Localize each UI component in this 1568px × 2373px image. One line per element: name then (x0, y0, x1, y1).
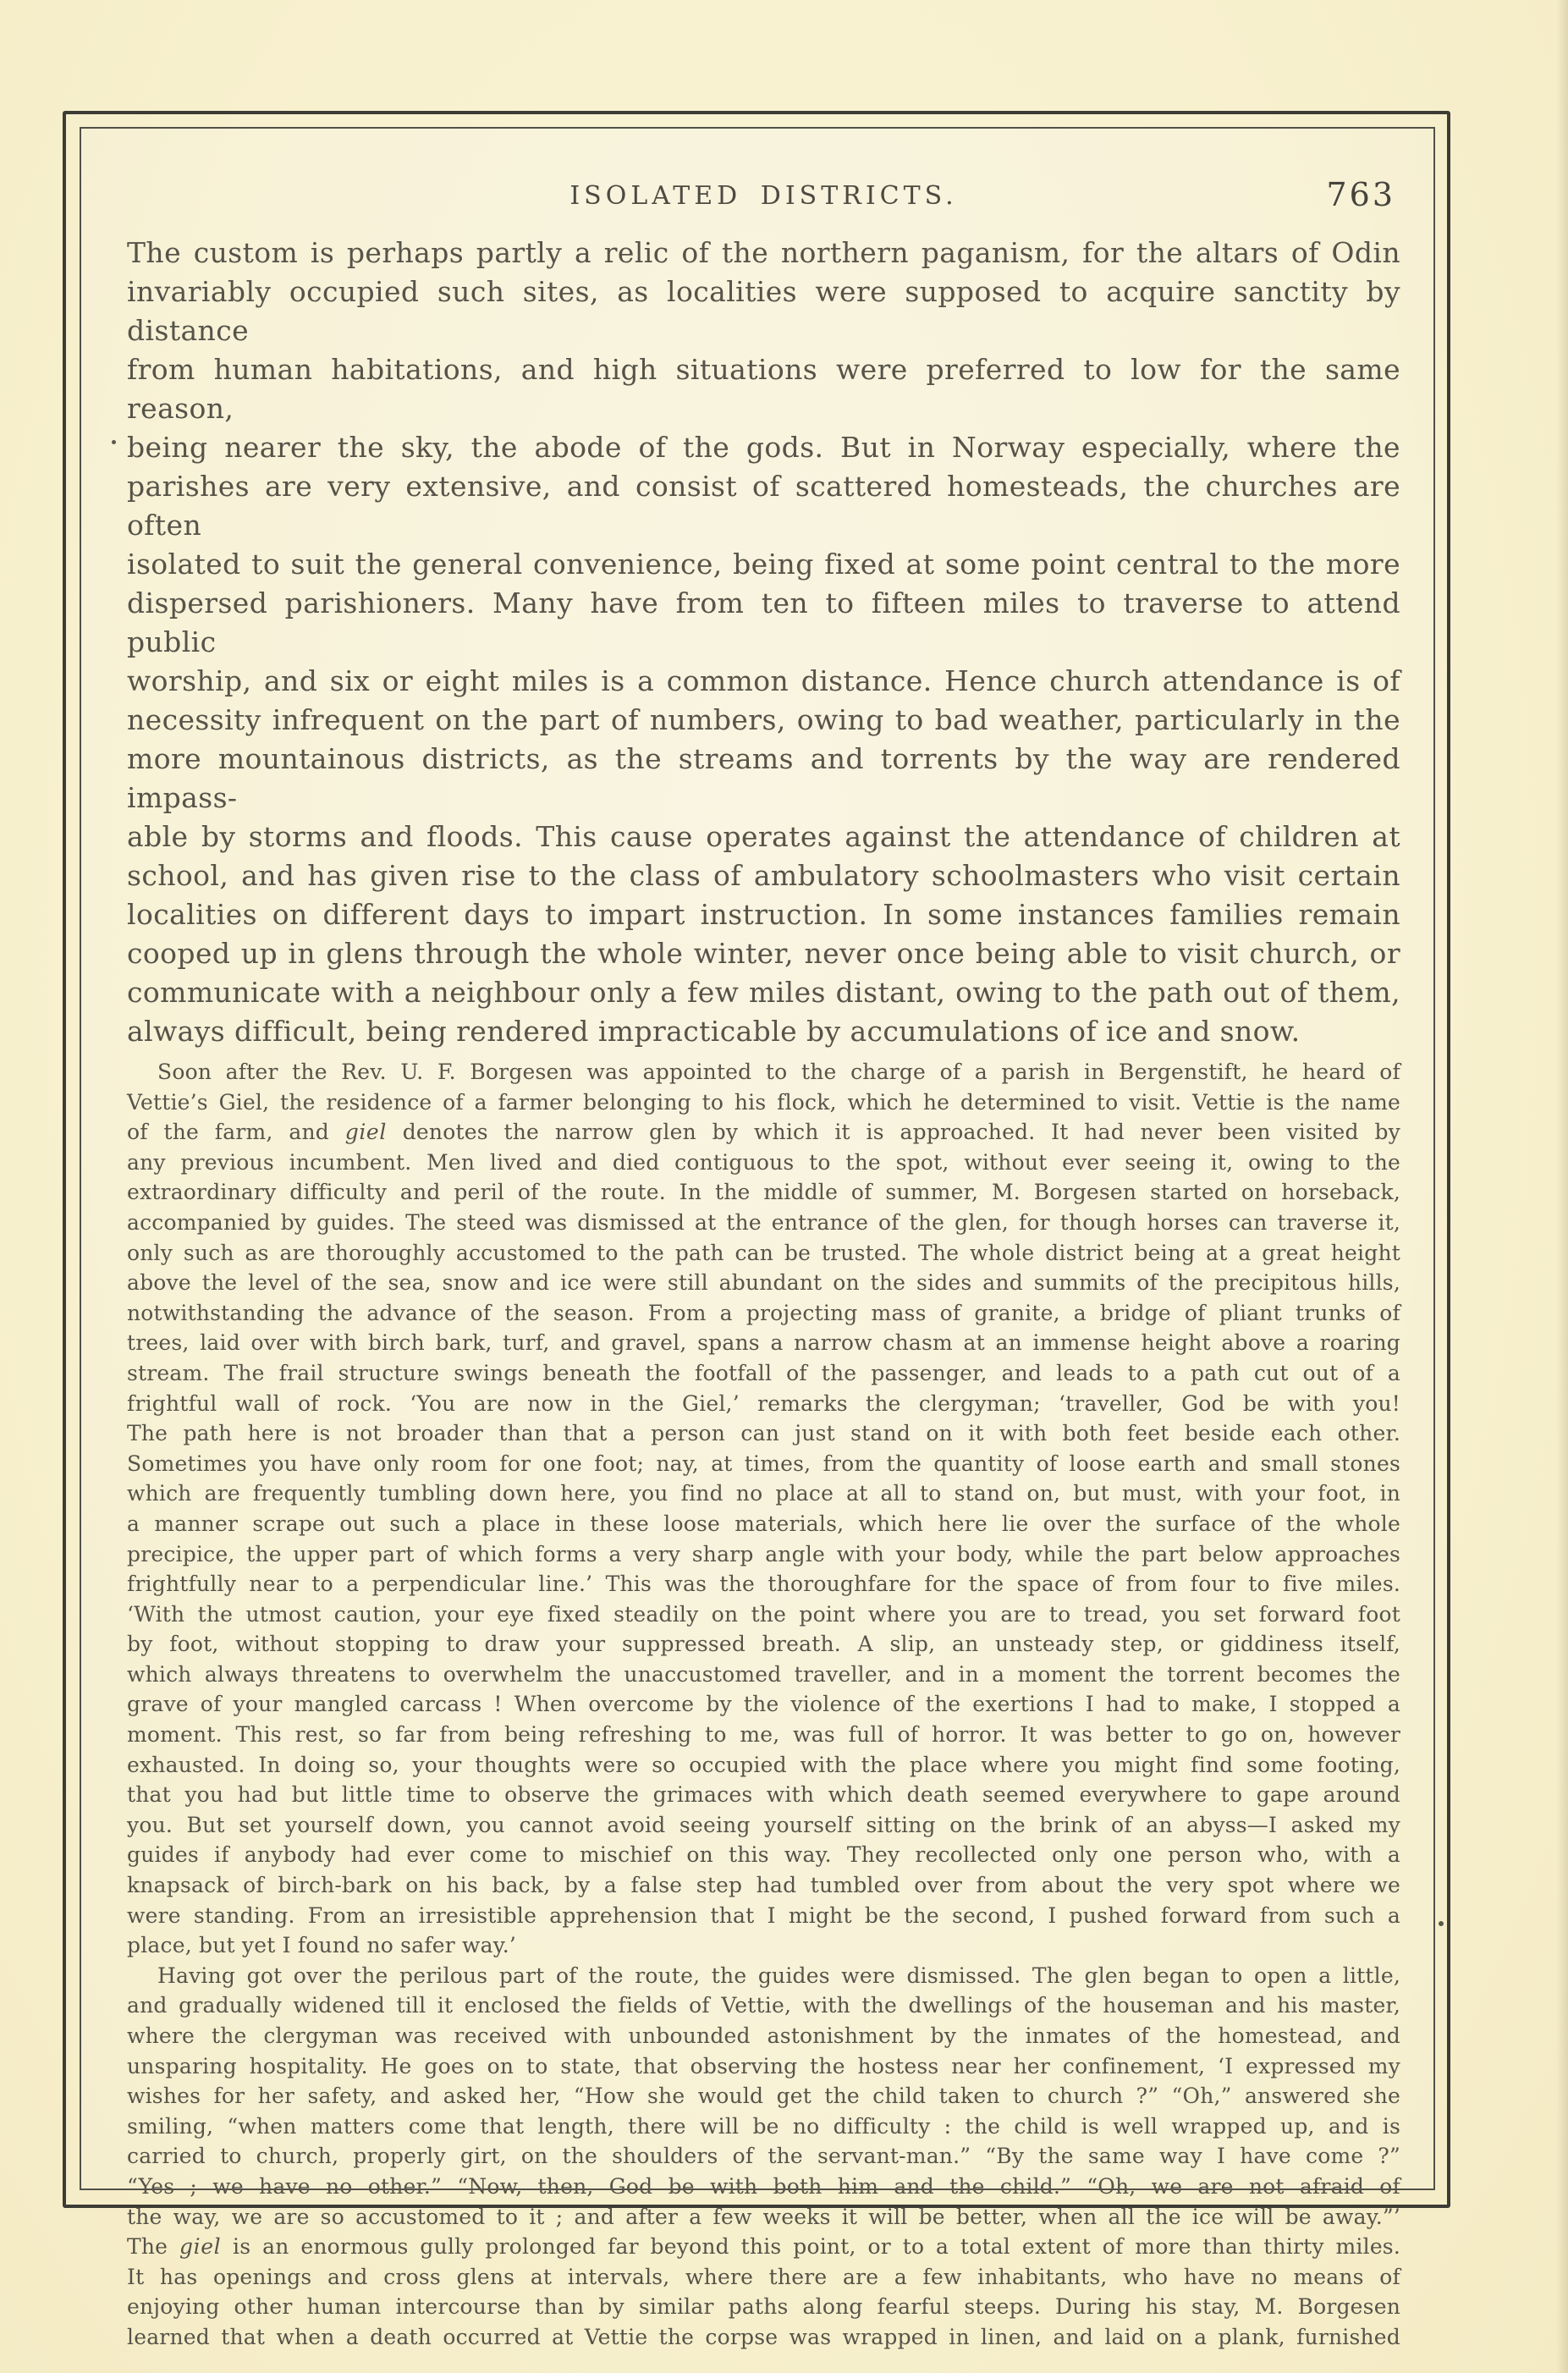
text-line: Vettie’s Giel, the residence of a farmer… (127, 1087, 1400, 1118)
text-line: of the farm, and giel denotes the narrow… (127, 1117, 1400, 1148)
text-line: localities on different days to impart i… (127, 895, 1400, 934)
text-line: above the level of the sea, snow and ice… (127, 1268, 1400, 1298)
text-line: worship, and six or eight miles is a com… (127, 662, 1400, 701)
text-line: unsparing hospitality. He goes on to sta… (127, 2051, 1400, 2082)
text-line: dispersed parishioners. Many have from t… (127, 584, 1400, 662)
paragraph: The custom is perhaps partly a relic of … (127, 234, 1400, 1051)
text-line: Having got over the perilous part of the… (127, 1961, 1400, 1991)
text-line: and gradually widened till it enclosed t… (127, 1990, 1400, 2021)
text-line: communicate with a neighbour only a few … (127, 973, 1400, 1012)
text-line: isolated to suit the general convenience… (127, 545, 1400, 584)
text-line: learned that when a death occurred at Ve… (127, 2322, 1400, 2353)
text-line: that you had but little time to observe … (127, 1780, 1400, 1810)
text-line: where the clergyman was received with un… (127, 2021, 1400, 2051)
running-header: ISOLATED DISTRICTS. 763 (127, 179, 1400, 213)
text-line: knapsack of birch-bark on his back, by a… (127, 1870, 1400, 1901)
text-line: precipice, the upper part of which forms… (127, 1539, 1400, 1570)
text-line: school, and has given rise to the class … (127, 856, 1400, 895)
text-line: only such as are thoroughly accustomed t… (127, 1238, 1400, 1269)
page-number: 763 (1326, 176, 1395, 213)
text-line: exhausted. In doing so, your thoughts we… (127, 1750, 1400, 1781)
text-line: accompanied by guides. The steed was dis… (127, 1208, 1400, 1238)
text-line: grave of your mangled carcass ! When ove… (127, 1689, 1400, 1720)
text-line: frightfully near to a perpendicular line… (127, 1569, 1400, 1599)
text-line: extraordinary difficulty and peril of th… (127, 1177, 1400, 1208)
text-line: being nearer the sky, the abode of the g… (127, 428, 1400, 467)
text-line: parishes are very extensive, and consist… (127, 467, 1400, 545)
text-line: ‘With the utmost caution, your eye fixed… (127, 1599, 1400, 1630)
text-line: by foot, without stopping to draw your s… (127, 1629, 1400, 1660)
paragraph: Having got over the perilous part of the… (127, 1961, 1400, 2353)
ink-speck (1439, 1921, 1444, 1926)
page-title: ISOLATED DISTRICTS. (127, 181, 1400, 211)
text-line: a manner scrape out such a place in thes… (127, 1509, 1400, 1539)
text-line: any previous incumbent. Men lived and di… (127, 1148, 1400, 1178)
text-line: The path here is not broader than that a… (127, 1418, 1400, 1449)
text-line: place, but yet I found no safer way.’ (127, 1930, 1400, 1961)
text-line: invariably occupied such sites, as local… (127, 273, 1400, 350)
ink-speck (112, 440, 116, 444)
text-line: always difficult, being rendered impract… (127, 1012, 1400, 1051)
text-line: Sometimes you have only room for one foo… (127, 1449, 1400, 1479)
text-line: you. But set yourself down, you cannot a… (127, 1810, 1400, 1841)
text-line: Soon after the Rev. U. F. Borgesen was a… (127, 1057, 1400, 1087)
text-line: were standing. From an irresistible appr… (127, 1901, 1400, 1931)
text-line: enjoying other human intercourse than by… (127, 2292, 1400, 2322)
text-line: The custom is perhaps partly a relic of … (127, 234, 1400, 273)
book-page-scan: ISOLATED DISTRICTS. 763 The custom is pe… (0, 0, 1568, 2373)
text-body: The custom is perhaps partly a relic of … (127, 234, 1400, 2353)
paragraph: Soon after the Rev. U. F. Borgesen was a… (127, 1057, 1400, 1961)
text-line: more mountainous districts, as the strea… (127, 740, 1400, 818)
text-line: frightful wall of rock. ‘You are now in … (127, 1389, 1400, 1419)
text-line: from human habitations, and high situati… (127, 350, 1400, 428)
text-line: which always threatens to overwhelm the … (127, 1660, 1400, 1690)
text-line: stream. The frail structure swings benea… (127, 1358, 1400, 1389)
text-line: carried to church, properly girt, on the… (127, 2141, 1400, 2172)
text-line: smiling, “when matters come that length,… (127, 2111, 1400, 2142)
text-line: wishes for her safety, and asked her, “H… (127, 2081, 1400, 2111)
text-line: cooped up in glens through the whole win… (127, 934, 1400, 973)
text-line: It has openings and cross glens at inter… (127, 2262, 1400, 2293)
text-line: able by storms and floods. This cause op… (127, 818, 1400, 856)
text-line: notwithstanding the advance of the seaso… (127, 1298, 1400, 1329)
page-edge-shadow (1556, 0, 1568, 2373)
text-line: moment. This rest, so far from being ref… (127, 1720, 1400, 1750)
text-line: the way, we are so accustomed to it ; an… (127, 2202, 1400, 2233)
text-line: necessity infrequent on the part of numb… (127, 701, 1400, 740)
text-line: The giel is an enormous gully prolonged … (127, 2232, 1400, 2262)
text-line: guides if anybody had ever come to misch… (127, 1840, 1400, 1870)
text-line: which are frequently tumbling down here,… (127, 1478, 1400, 1509)
text-line: “Yes ; we have no other.” “Now, then, Go… (127, 2172, 1400, 2202)
text-line: trees, laid over with birch bark, turf, … (127, 1328, 1400, 1358)
